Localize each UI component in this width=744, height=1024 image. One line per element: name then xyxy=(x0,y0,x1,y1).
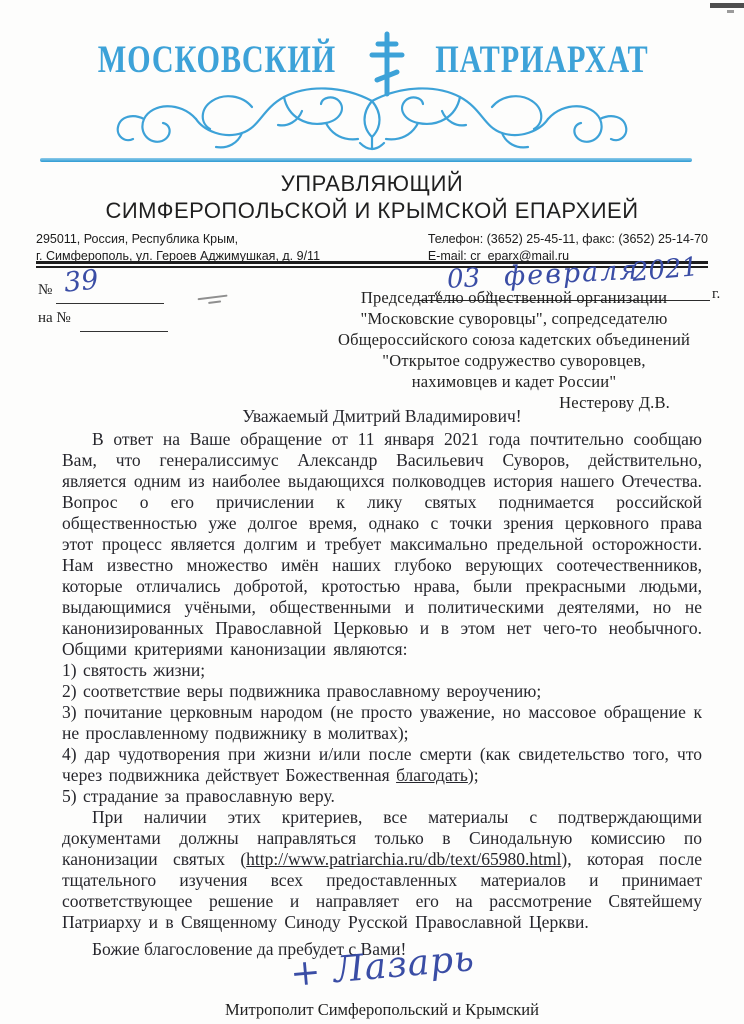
addressee-line: нахимовцев и кадет России" xyxy=(300,371,728,392)
addressee-block: Председателю общественной организации "М… xyxy=(300,287,728,413)
greeting: Уважаемый Дмитрий Владимирович! xyxy=(62,406,702,427)
criterion-4-underlined-word: благодать xyxy=(396,765,468,785)
addressee-line: Председателю общественной организации xyxy=(300,287,728,308)
criterion-5: 5) страдание за православную веру. xyxy=(62,786,702,807)
office-title-line1: УПРАВЛЯЮЩИЙ xyxy=(0,170,744,197)
signature-handwritten: + Лазарь xyxy=(288,938,476,995)
patriarchate-name-right: ПАТРИАРХАТ xyxy=(435,36,648,82)
scanned-letter-page: МОСКОВСКИЙ ПАТРИАРХАТ xyxy=(0,0,744,1024)
addressee-line: Общероссийского союза кадетских объедине… xyxy=(300,329,728,350)
criterion-2: 2) соответствие веры подвижника правосла… xyxy=(62,681,702,702)
ornament-flourish xyxy=(92,82,652,154)
phone-fax-line: Телефон: (3652) 25-45-11, факс: (3652) 2… xyxy=(428,231,708,248)
outgoing-number-handwritten: 39 xyxy=(62,264,99,298)
patriarchate-masthead: МОСКОВСКИЙ ПАТРИАРХАТ xyxy=(0,28,744,90)
patriarchate-name-left: МОСКОВСКИЙ xyxy=(98,36,336,82)
criterion-4-text: 4) дар чудотворения при жизни и/или посл… xyxy=(62,744,702,785)
criterion-1: 1) святость жизни; xyxy=(62,660,702,681)
paragraph-2: При наличии этих критериев, все материал… xyxy=(62,807,702,933)
office-title-line2: СИМФЕРОПОЛЬСКОЙ И КРЫМСКОЙ ЕПАРХИЕЙ xyxy=(0,197,744,224)
scan-artifact xyxy=(710,3,744,8)
date-year-handwritten: 2021 xyxy=(631,252,700,288)
addressee-line: "Московские суворовцы", сопредседателю xyxy=(300,308,728,329)
criterion-3: 3) почитание церковным народом (не прост… xyxy=(62,702,702,744)
criterion-4: 4) дар чудотворения при жизни и/или посл… xyxy=(62,744,702,786)
postal-address-line1: 295011, Россия, Республика Крым, xyxy=(36,231,320,248)
outgoing-number-label: № xyxy=(38,282,52,299)
letter-body: Уважаемый Дмитрий Владимирович! В ответ … xyxy=(62,406,702,960)
signer-title: Митрополит Симферопольский и Крымский xyxy=(62,1000,702,1020)
criterion-4-tail: ); xyxy=(468,765,479,785)
signature-block: + Лазарь xyxy=(62,946,702,987)
outgoing-number-blank-line xyxy=(56,303,164,304)
incoming-number-blank-line xyxy=(80,331,168,332)
incoming-number-label: на № xyxy=(38,310,71,327)
office-title: УПРАВЛЯЮЩИЙ СИМФЕРОПОЛЬСКОЙ И КРЫМСКОЙ Е… xyxy=(0,170,744,224)
paragraph-1: В ответ на Ваше обращение от 11 января 2… xyxy=(62,429,702,660)
divider-blue-rule xyxy=(40,158,692,162)
patriarchia-url: http://www.patriarchia.ru/db/text/65980.… xyxy=(246,849,561,869)
scan-smudge xyxy=(198,294,235,308)
addressee-line: "Открытое содружество суворовцев, xyxy=(300,350,728,371)
scan-artifact xyxy=(727,10,734,13)
postal-address: 295011, Россия, Республика Крым, г. Симф… xyxy=(36,231,320,265)
